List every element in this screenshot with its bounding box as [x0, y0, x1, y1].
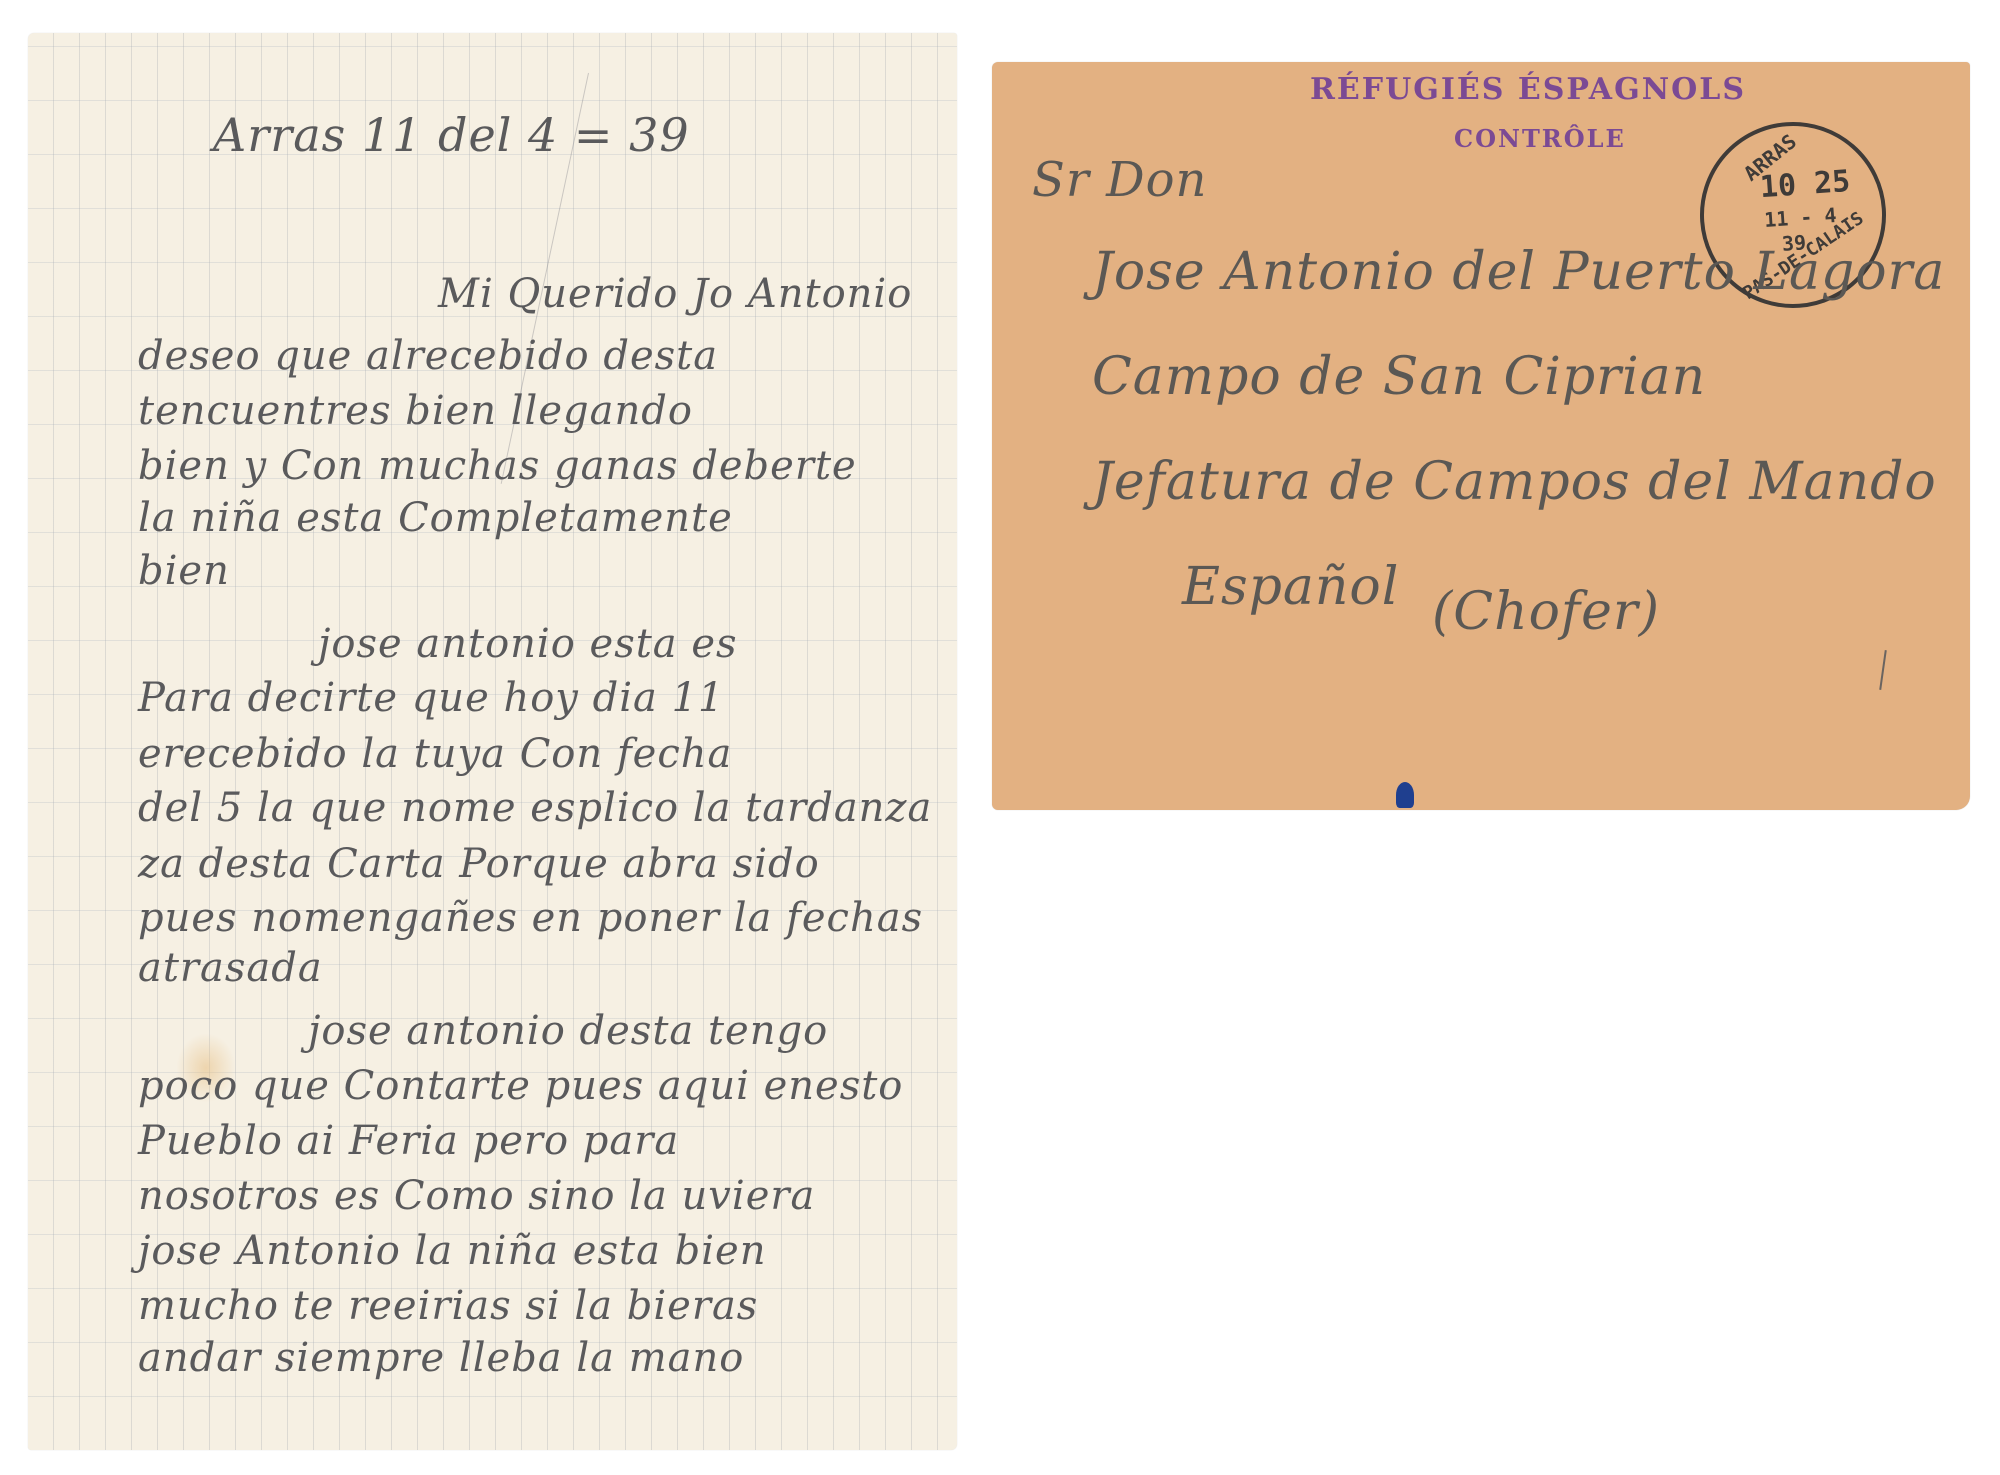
postmark-time: 10 25: [1759, 164, 1852, 205]
address-command: Jefatura de Campos del Mando: [1092, 452, 1937, 512]
letter-line: jose antonio esta es: [318, 621, 738, 667]
letter-line: poco que Contarte pues aqui enesto: [138, 1063, 903, 1109]
refugee-stamp-control: CONTRÔLE: [1454, 124, 1626, 153]
letter-line: nosotros es Como sino la uviera: [138, 1173, 815, 1219]
envelope: RÉFUGIÉS ÉSPAGNOLS CONTRÔLE ARRAS 10 25 …: [992, 62, 1970, 810]
letter-line: mucho te reeirias si la bieras: [138, 1283, 758, 1329]
address-camp: Campo de San Ciprian: [1092, 347, 1706, 407]
letter-line: bien y Con muchas ganas deberte: [138, 443, 857, 489]
address-name: Jose Antonio del Puerto Lagora: [1092, 242, 1945, 302]
letter-line: za desta Carta Porque abra sido: [138, 841, 820, 887]
letter-line: erecebido la tuya Con fecha: [138, 731, 732, 777]
letter-line: atrasada: [138, 945, 323, 991]
handwritten-letter: Arras 11 del 4 = 39 Mi Querido Jo Antoni…: [28, 33, 957, 1450]
letter-line: Pueblo ai Feria pero para: [138, 1118, 679, 1164]
letter-salutation: Mi Querido Jo Antonio: [438, 271, 912, 317]
letter-line: tencuentres bien llegando: [138, 388, 693, 434]
address-honorific: Sr Don: [1032, 152, 1207, 208]
letter-line: la niña esta Completamente: [138, 495, 733, 541]
letter-line: Para decirte que hoy dia 11: [138, 675, 724, 721]
address-country: Español: [1182, 557, 1399, 617]
letter-line: jose antonio desta tengo: [308, 1008, 828, 1054]
letter-line: pues nomengañes en poner la fechas: [138, 895, 923, 941]
letter-line: jose Antonio la niña esta bien: [138, 1228, 766, 1274]
letter-line: andar siempre lleba la mano: [138, 1335, 744, 1381]
letter-line: del 5 la que nome esplico la tardanza: [138, 785, 932, 831]
ink-blot: [1396, 782, 1414, 808]
address-occupation: (Chofer): [1432, 582, 1660, 642]
refugee-stamp-title: RÉFUGIÉS ÉSPAGNOLS: [1310, 72, 1746, 107]
letter-line: deseo que alrecebido desta: [138, 333, 718, 379]
pencil-mark: [1879, 650, 1887, 690]
letter-date: Arras 11 del 4 = 39: [213, 108, 690, 162]
letter-line: bien: [138, 548, 230, 594]
